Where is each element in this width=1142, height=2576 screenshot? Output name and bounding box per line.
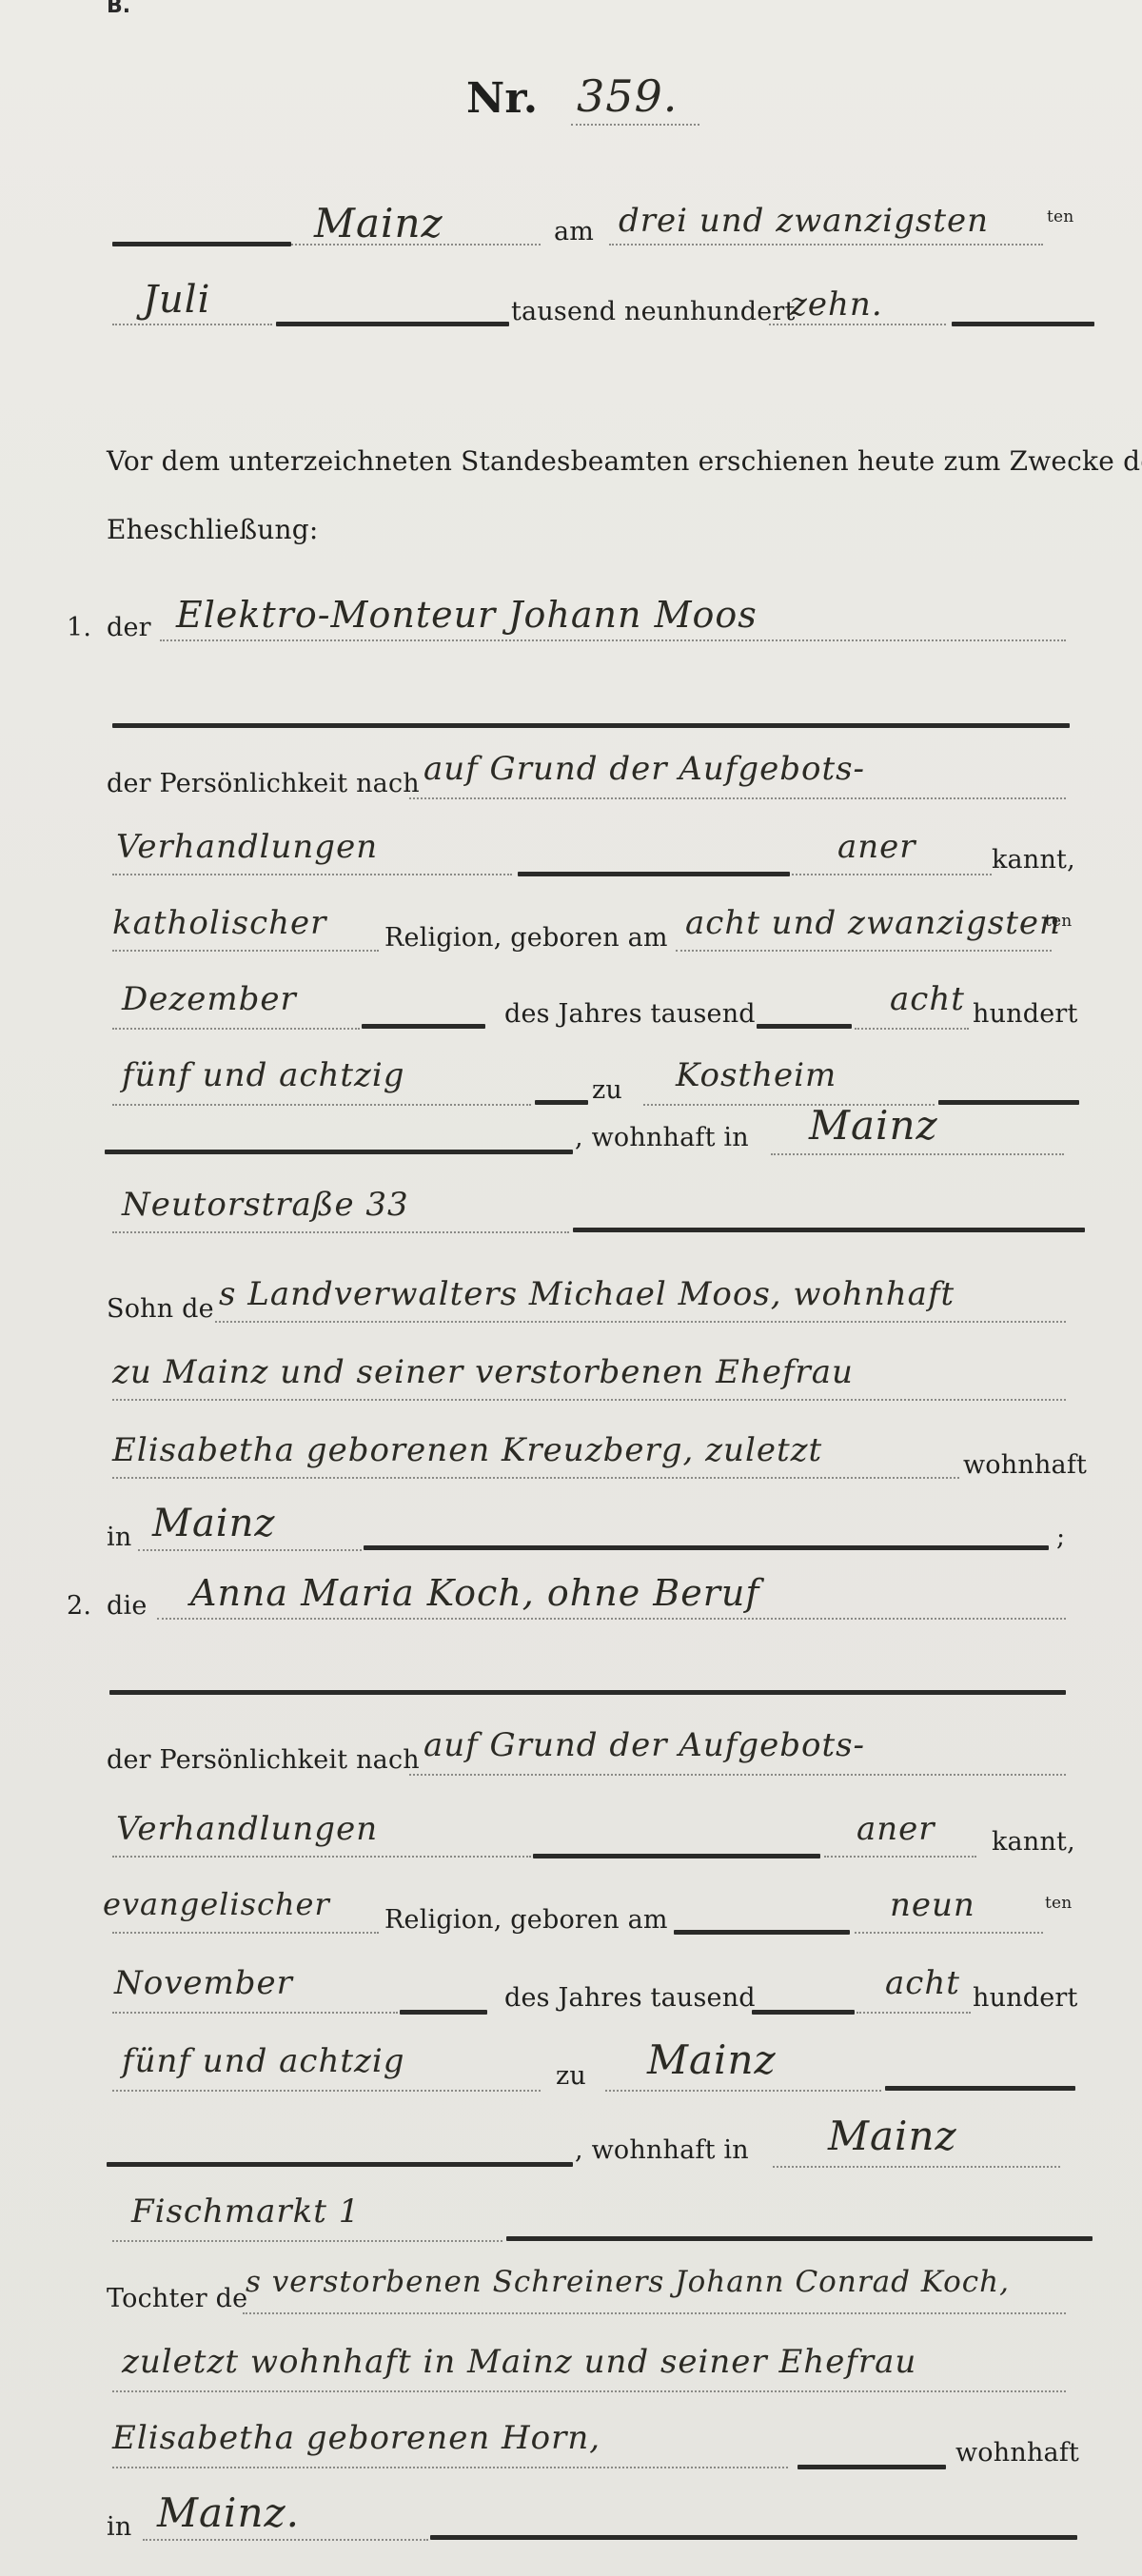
bride-address-line: Fischmarkt 1 xyxy=(0,2189,1142,2255)
groom-hundred-label: hundert xyxy=(973,999,1078,1029)
bride-residence-line: , wohnhaft in Mainz xyxy=(0,2114,1142,2181)
year-label: tausend neunhundert xyxy=(511,297,796,326)
groom-century: acht xyxy=(890,980,965,1018)
bride-parents-line-1: Tochter de s verstorbenen Schreiners Joh… xyxy=(0,2263,1142,2330)
groom-religion-label: Religion, geboren am xyxy=(384,923,668,953)
am-label: am xyxy=(554,217,594,246)
bride-residence-label: , wohnhaft in xyxy=(575,2135,749,2165)
bride-known-value: aner xyxy=(856,1810,935,1848)
groom-birth-place: Kostheim xyxy=(676,1056,837,1094)
groom-address: Neutorstraße 33 xyxy=(122,1186,409,1224)
groom-zu-label: zu xyxy=(592,1075,622,1105)
groom-parents-residence-label: wohnhaft xyxy=(963,1450,1087,1480)
groom-index: 1. xyxy=(67,613,91,642)
bride-birth-place: Mainz xyxy=(647,2036,777,2083)
groom-name-line: 1. der Elektro-Monteur Johann Moos xyxy=(0,590,1142,657)
groom-religion-value: katholischer xyxy=(112,904,326,942)
marriage-register-page: B. Nr. 359. Mainz am drei und zwanzigste… xyxy=(0,0,1142,2576)
groom-parents-3: Elisabetha geborenen Kreuzberg, zuletzt xyxy=(112,1431,822,1469)
intro-line-1: Vor dem unterzeichneten Standesbeamten e… xyxy=(107,445,1142,477)
groom-birth-year: fünf und achtzig xyxy=(122,1056,405,1094)
daughter-label: Tochter de xyxy=(107,2284,247,2313)
bride-address: Fischmarkt 1 xyxy=(131,2193,360,2231)
bride-parents-residence: Mainz. xyxy=(157,2489,300,2536)
year-value: zehn. xyxy=(790,285,883,324)
record-number: 359. xyxy=(577,70,678,122)
groom-ordinal-suffix: ten xyxy=(1045,912,1072,931)
groom-birth-day: acht und zwanzigsten xyxy=(685,904,1061,942)
groom-parents-line-2: zu Mainz und seiner verstorbenen Ehefrau xyxy=(0,1349,1142,1416)
bride-ordinal-suffix: ten xyxy=(1045,1894,1072,1913)
month-year-line: Juli tausend neunhundert zehn. xyxy=(0,276,1142,343)
place-date-line: Mainz am drei und zwanzigsten ten xyxy=(0,200,1142,266)
groom-parents-1: s Landverwalters Michael Moos, wohnhaft xyxy=(219,1275,955,1313)
intro-line-2: Eheschließung: xyxy=(107,514,319,545)
bride-year-label: des Jahres tausend xyxy=(504,1983,756,2013)
bride-religion-label: Religion, geboren am xyxy=(384,1905,668,1935)
bride-article: die xyxy=(107,1591,148,1621)
groom-parents-2: zu Mainz und seiner verstorbenen Ehefrau xyxy=(112,1353,854,1391)
groom-parents-line-1: Sohn de s Landverwalters Michael Moos, w… xyxy=(0,1271,1142,1338)
groom-known-value: aner xyxy=(837,828,916,866)
groom-identity-label: der Persönlichkeit nach xyxy=(107,769,420,798)
groom-in-label: in xyxy=(107,1523,131,1552)
bride-birth-day: neun xyxy=(890,1886,975,1924)
groom-residence: Mainz xyxy=(809,1102,938,1149)
groom-birth-month-line: Dezember des Jahres tausend acht hundert xyxy=(0,976,1142,1043)
bride-zu-label: zu xyxy=(556,2061,586,2091)
groom-identity-value-2: Verhandlungen xyxy=(116,828,378,866)
bride-hundred-label: hundert xyxy=(973,1983,1078,2013)
bride-birth-year: fünf und achtzig xyxy=(122,2042,405,2080)
groom-identity-line: der Persönlichkeit nach auf Grund der Au… xyxy=(0,748,1142,815)
bride-parents-line-2: zuletzt wohnhaft in Mainz und seiner Ehe… xyxy=(0,2341,1142,2408)
record-number-row: Nr. 359. xyxy=(0,67,1142,133)
bride-parents-2: zuletzt wohnhaft in Mainz und seiner Ehe… xyxy=(122,2343,916,2381)
groom-birth-month: Dezember xyxy=(122,980,297,1018)
bride-religion-value: evangelischer xyxy=(103,1886,330,1922)
bride-religion-line: evangelischer Religion, geboren am neun … xyxy=(0,1882,1142,1949)
bride-parents-3: Elisabetha geborenen Horn, xyxy=(112,2419,601,2457)
groom-parents-residence: Mainz xyxy=(152,1502,275,1545)
bride-birth-year-line: fünf und achtzig zu Mainz xyxy=(0,2038,1142,2105)
ordinal-suffix: ten xyxy=(1047,207,1073,226)
groom-identity-value: auf Grund der Aufgebots- xyxy=(423,750,865,788)
place-value: Mainz xyxy=(314,200,443,246)
bride-name: Anna Maria Koch, ohne Beruf xyxy=(190,1572,759,1614)
groom-residence-line: , wohnhaft in Mainz xyxy=(0,1104,1142,1170)
groom-name: Elektro-Monteur Johann Moos xyxy=(176,594,758,636)
groom-known-label: kannt, xyxy=(992,845,1075,875)
groom-address-line: Neutorstraße 33 xyxy=(0,1182,1142,1249)
groom-year-label: des Jahres tausend xyxy=(504,999,756,1029)
bride-identity-value-2: Verhandlungen xyxy=(116,1810,378,1848)
bride-parents-line-3: Elisabetha geborenen Horn, wohnhaft xyxy=(0,2417,1142,2484)
day-value: drei und zwanzigsten xyxy=(619,202,989,240)
groom-parents-residence-line: in Mainz ; xyxy=(0,1502,1142,1568)
record-number-label: Nr. xyxy=(466,74,538,123)
bride-parents-residence-line: in Mainz. xyxy=(0,2491,1142,2558)
corner-mark: B. xyxy=(107,0,130,18)
son-label: Sohn de xyxy=(107,1294,214,1324)
groom-parents-line-3: Elisabetha geborenen Kreuzberg, zuletzt … xyxy=(0,1427,1142,1494)
bride-parents-1: s verstorbenen Schreiners Johann Conrad … xyxy=(246,2265,1010,2299)
groom-known-line: Verhandlungen aner kannt, xyxy=(0,824,1142,891)
bride-birth-month-line: November des Jahres tausend acht hundert xyxy=(0,1962,1142,2029)
bride-in-label: in xyxy=(107,2512,131,2542)
bride-parents-residence-label: wohnhaft xyxy=(955,2438,1079,2468)
bride-identity-value: auf Grund der Aufgebots- xyxy=(423,1726,865,1764)
bride-century: acht xyxy=(885,1964,960,2002)
bride-residence: Mainz xyxy=(828,2113,957,2159)
bride-known-label: kannt, xyxy=(992,1827,1075,1857)
bride-birth-month: November xyxy=(114,1964,293,2002)
bride-name-line: 2. die Anna Maria Koch, ohne Beruf xyxy=(0,1568,1142,1635)
bride-identity-line: der Persönlichkeit nach auf Grund der Au… xyxy=(0,1724,1142,1791)
month-value: Juli xyxy=(143,278,210,322)
groom-residence-label: , wohnhaft in xyxy=(575,1123,749,1152)
bride-index: 2. xyxy=(67,1591,91,1621)
bride-known-line: Verhandlungen aner kannt, xyxy=(0,1806,1142,1873)
groom-article: der xyxy=(107,613,151,642)
bride-identity-label: der Persönlichkeit nach xyxy=(107,1745,420,1775)
groom-religion-line: katholischer Religion, geboren am acht u… xyxy=(0,900,1142,967)
